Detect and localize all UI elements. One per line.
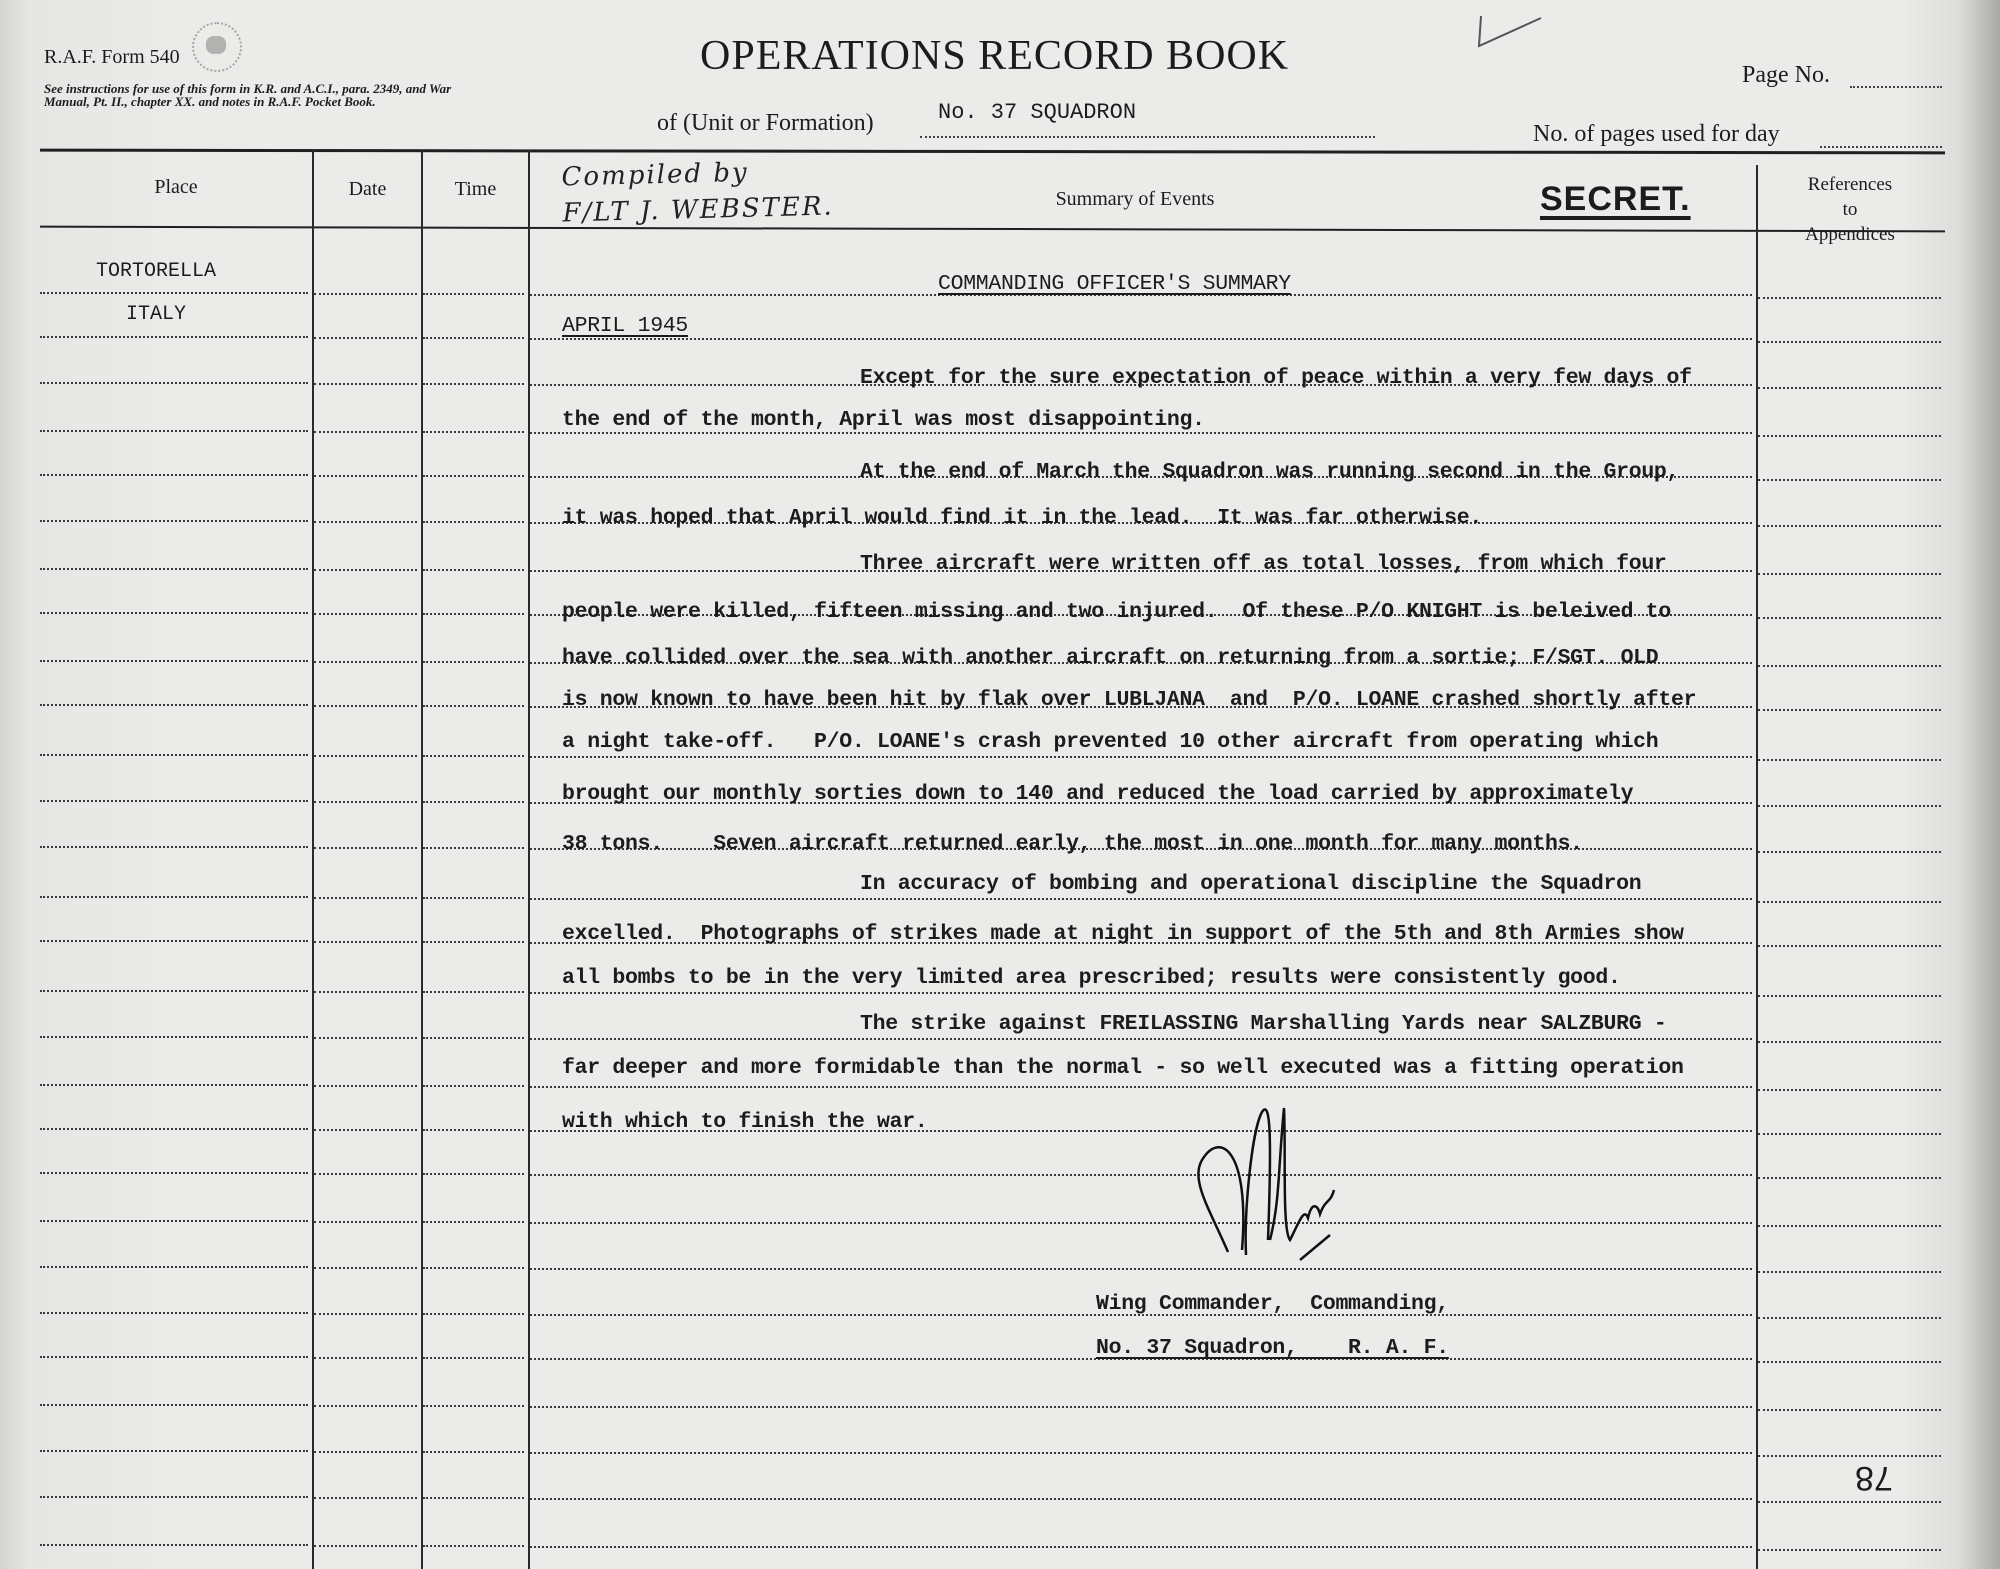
summary-line: with which to finish the war. xyxy=(562,1110,927,1134)
ruled-line xyxy=(1758,387,1941,389)
summary-line: At the end of March the Squadron was run… xyxy=(860,460,1679,484)
ruled-line xyxy=(530,1174,1752,1176)
summary-heading: COMMANDING OFFICER'S SUMMARY xyxy=(938,272,1291,296)
ruled-line xyxy=(530,338,1752,340)
ruled-line xyxy=(1758,297,1941,299)
ruled-line xyxy=(314,613,417,615)
ruled-line xyxy=(423,705,524,707)
ruled-line xyxy=(40,1404,308,1406)
ruled-line xyxy=(314,1221,417,1223)
ruled-line xyxy=(40,382,308,384)
ruled-line xyxy=(530,1038,1752,1040)
ruled-line xyxy=(1758,1041,1941,1043)
ruled-line xyxy=(1758,1177,1941,1179)
ruled-line xyxy=(1758,617,1941,619)
column-divider-summary xyxy=(1756,165,1758,1569)
ruled-line xyxy=(423,431,524,433)
summary-line: excelled. Photographs of strikes made at… xyxy=(562,922,1684,946)
form-instructions: See instructions for use of this form in… xyxy=(44,82,464,108)
unit-value: No. 37 SQUADRON xyxy=(938,100,1136,125)
form-number: R.A.F. Form 540 xyxy=(44,46,180,69)
ruled-line xyxy=(314,991,417,993)
summary-line: a night take-off. P/O. LOANE's crash pre… xyxy=(562,730,1658,754)
signature-icon xyxy=(1180,1090,1360,1280)
ruled-line xyxy=(423,1405,524,1407)
ruled-line xyxy=(1758,341,1941,343)
ruled-line xyxy=(423,1313,524,1315)
place-line-2: ITALY xyxy=(126,303,186,326)
ruled-line xyxy=(40,1496,308,1498)
ruled-line xyxy=(40,754,308,756)
summary-line: brought our monthly sorties down to 140 … xyxy=(562,782,1633,806)
ruled-line xyxy=(530,1086,1752,1088)
ruled-line xyxy=(1758,1133,1941,1135)
column-header-date: Date xyxy=(314,178,421,201)
ruled-line xyxy=(1758,945,1941,947)
check-mark-icon xyxy=(1475,12,1545,52)
ruled-line xyxy=(1758,1501,1941,1503)
ruled-line xyxy=(40,1084,308,1086)
ruled-line xyxy=(40,1544,308,1546)
ruled-line xyxy=(530,1222,1752,1224)
ruled-line xyxy=(40,1266,308,1268)
ruled-line xyxy=(314,1313,417,1315)
ruled-line xyxy=(1758,901,1941,903)
compiled-by-note: Compiled by F/LT J. WEBSTER. xyxy=(561,152,834,231)
ruled-line xyxy=(423,1451,524,1453)
ruled-line xyxy=(530,1406,1752,1408)
header-bottom-rule xyxy=(40,226,1945,233)
ruled-line xyxy=(40,292,308,294)
ruled-line xyxy=(314,941,417,943)
compiler-name: F/LT J. WEBSTER. xyxy=(562,188,834,231)
ruled-line xyxy=(314,1267,417,1269)
ruled-line xyxy=(1758,479,1941,481)
references-label-line1: References xyxy=(1762,172,1938,197)
ruled-line xyxy=(314,897,417,899)
ruled-line xyxy=(423,569,524,571)
ruled-line xyxy=(314,431,417,433)
ruled-line xyxy=(423,897,524,899)
ruled-line xyxy=(1758,1549,1941,1551)
summary-line: is now known to have been hit by flak ov… xyxy=(562,688,1696,712)
ruled-line xyxy=(423,941,524,943)
ruled-line xyxy=(423,613,524,615)
ruled-line xyxy=(1758,1455,1941,1457)
ruled-line xyxy=(40,612,308,614)
ruled-line xyxy=(1758,1317,1941,1319)
place-line-1: TORTORELLA xyxy=(96,260,216,283)
ruled-line xyxy=(314,661,417,663)
summary-line: have collided over the sea with another … xyxy=(562,646,1658,670)
column-header-references: References to Appendices xyxy=(1762,172,1938,247)
ruled-line xyxy=(530,1498,1752,1500)
ruled-line xyxy=(530,1546,1752,1548)
ruled-line xyxy=(423,755,524,757)
ruled-line xyxy=(314,475,417,477)
ruled-line xyxy=(314,337,417,339)
ruled-line xyxy=(1758,435,1941,437)
ruled-line xyxy=(530,898,1752,900)
ruled-line xyxy=(40,1128,308,1130)
ruled-line xyxy=(423,1085,524,1087)
ruled-line xyxy=(423,475,524,477)
ruled-line xyxy=(423,1221,524,1223)
ruled-line xyxy=(1758,1409,1941,1411)
signatory-title: Wing Commander, Commanding, xyxy=(1096,1292,1449,1316)
summary-line: 38 tons. Seven aircraft returned early, … xyxy=(562,832,1583,856)
ruled-line xyxy=(314,801,417,803)
ruled-line xyxy=(1758,1271,1941,1273)
ruled-line xyxy=(40,660,308,662)
ruled-line xyxy=(530,992,1752,994)
ruled-line xyxy=(40,896,308,898)
ruled-line xyxy=(40,990,308,992)
ruled-line xyxy=(1758,1225,1941,1227)
ruled-line xyxy=(40,846,308,848)
ruled-line xyxy=(40,1172,308,1174)
ruled-line xyxy=(314,847,417,849)
ruled-line xyxy=(40,704,308,706)
ruled-line xyxy=(1758,665,1941,667)
summary-month: APRIL 1945 xyxy=(562,314,688,338)
summary-line: Except for the sure expectation of peace… xyxy=(860,366,1692,390)
ruled-line xyxy=(423,1037,524,1039)
ruled-line xyxy=(40,800,308,802)
ruled-line xyxy=(1758,573,1941,575)
ruled-line xyxy=(40,940,308,942)
column-header-summary: Summary of Events xyxy=(1010,188,1260,211)
ruled-line xyxy=(314,1037,417,1039)
column-header-place: Place xyxy=(40,176,312,199)
summary-line: it was hoped that April would find it in… xyxy=(562,506,1482,530)
ruled-line xyxy=(314,1451,417,1453)
ruled-line xyxy=(530,1452,1752,1454)
ruled-line xyxy=(314,1173,417,1175)
unit-label: of (Unit or Formation) xyxy=(657,110,874,137)
ruled-line xyxy=(423,801,524,803)
ruled-line xyxy=(1758,759,1941,761)
ruled-line xyxy=(423,1357,524,1359)
ruled-line xyxy=(314,1497,417,1499)
ruled-line xyxy=(314,569,417,571)
ruled-line xyxy=(40,336,308,338)
ruled-line xyxy=(314,1405,417,1407)
ruled-line xyxy=(40,568,308,570)
ruled-line xyxy=(314,293,417,295)
summary-line: the end of the month, April was most dis… xyxy=(562,408,1205,432)
ruled-line xyxy=(423,337,524,339)
ruled-line xyxy=(1758,1361,1941,1363)
ruled-line xyxy=(423,1129,524,1131)
ruled-line xyxy=(40,1356,308,1358)
references-label-line2: to xyxy=(1762,197,1938,222)
ruled-line xyxy=(423,1267,524,1269)
summary-line: In accuracy of bombing and operational d… xyxy=(860,872,1641,896)
ruled-line xyxy=(1758,1089,1941,1091)
ruled-line xyxy=(1758,851,1941,853)
classification-badge: SECRET. xyxy=(1540,180,1691,219)
signatory-unit: No. 37 Squadron, R. A. F. xyxy=(1096,1336,1449,1360)
ruled-line xyxy=(423,383,524,385)
stamp-icon xyxy=(192,22,242,72)
summary-line: people were killed, fifteen missing and … xyxy=(562,600,1671,624)
ruled-line xyxy=(1758,525,1941,527)
ruled-line xyxy=(1758,805,1941,807)
ruled-line xyxy=(314,521,417,523)
ruled-line xyxy=(530,432,1752,434)
page-no-field xyxy=(1850,86,1942,88)
ruled-line xyxy=(1758,995,1941,997)
column-header-time: Time xyxy=(423,178,528,201)
ruled-line xyxy=(40,520,308,522)
ruled-line xyxy=(314,1085,417,1087)
references-label-line3: Appendices xyxy=(1762,222,1938,247)
ruled-line xyxy=(314,705,417,707)
summary-line: The strike against FREILASSING Marshalli… xyxy=(860,1012,1667,1036)
ruled-line xyxy=(423,1173,524,1175)
page-title: OPERATIONS RECORD BOOK xyxy=(700,32,1289,80)
ruled-line xyxy=(423,293,524,295)
ruled-line xyxy=(314,1357,417,1359)
ruled-line xyxy=(314,383,417,385)
ruled-line xyxy=(40,1450,308,1452)
ruled-line xyxy=(530,1268,1752,1270)
pages-used-field xyxy=(1820,146,1942,148)
ruled-line xyxy=(423,521,524,523)
ruled-line xyxy=(314,755,417,757)
page-no-label: Page No. xyxy=(1742,62,1830,89)
summary-line: far deeper and more formidable than the … xyxy=(562,1056,1684,1080)
ruled-line xyxy=(423,1545,524,1547)
ruled-line xyxy=(40,430,308,432)
ruled-line xyxy=(40,474,308,476)
ruled-line xyxy=(40,1036,308,1038)
pages-used-label: No. of pages used for day xyxy=(1533,121,1780,148)
folio-number: 78 xyxy=(1855,1458,1893,1497)
summary-line: Three aircraft were written off as total… xyxy=(860,552,1667,576)
ruled-line xyxy=(1758,709,1941,711)
ruled-line xyxy=(40,1312,308,1314)
ruled-line xyxy=(314,1545,417,1547)
ruled-line xyxy=(423,847,524,849)
ruled-line xyxy=(423,661,524,663)
ruled-line xyxy=(40,1220,308,1222)
ruled-line xyxy=(314,1129,417,1131)
unit-field-line xyxy=(920,136,1375,138)
ruled-line xyxy=(530,756,1752,758)
ruled-line xyxy=(423,1497,524,1499)
summary-line: all bombs to be in the very limited area… xyxy=(562,966,1621,990)
header-top-rule xyxy=(40,149,1945,155)
operations-record-book-page: R.A.F. Form 540 See instructions for use… xyxy=(0,0,2000,1569)
ruled-line xyxy=(423,991,524,993)
column-divider-time xyxy=(528,150,530,1569)
